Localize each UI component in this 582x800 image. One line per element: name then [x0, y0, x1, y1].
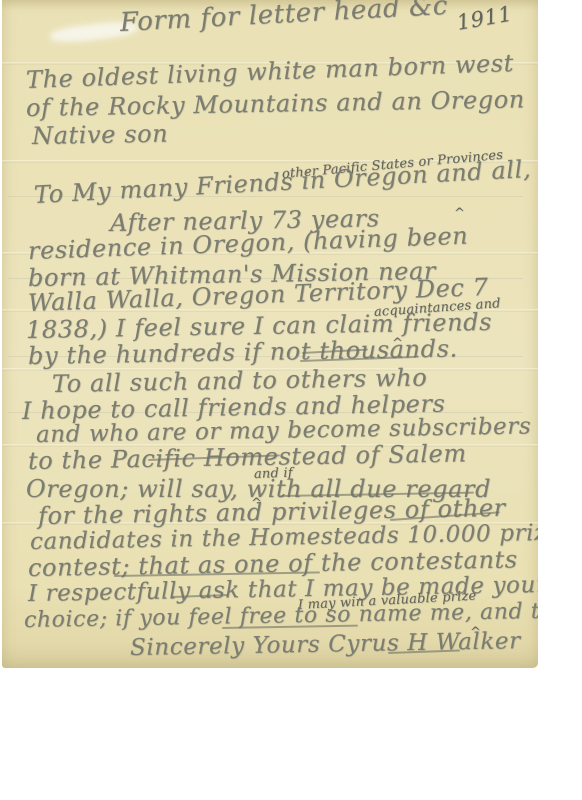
- scanned-letter-page: Form for letter head &c1911The oldest li…: [0, 0, 582, 800]
- body-line: to the Pacific Homestead of Salem: [28, 441, 467, 474]
- signature-line: Sincerely Yours Cyrus H Walker: [130, 629, 521, 660]
- salutation-line: To My many Friends in Oregon and all,: [33, 157, 531, 208]
- caret-mark: ^: [454, 207, 465, 221]
- headline-line: of the Rocky Mountains and an Oregon: [26, 87, 525, 121]
- annotation-year: 1911: [455, 2, 514, 33]
- annotation-form-for-letterhead: Form for letter head &c: [119, 0, 448, 37]
- letter-paper: Form for letter head &c1911The oldest li…: [2, 0, 538, 668]
- headline-line: Native son: [32, 122, 169, 150]
